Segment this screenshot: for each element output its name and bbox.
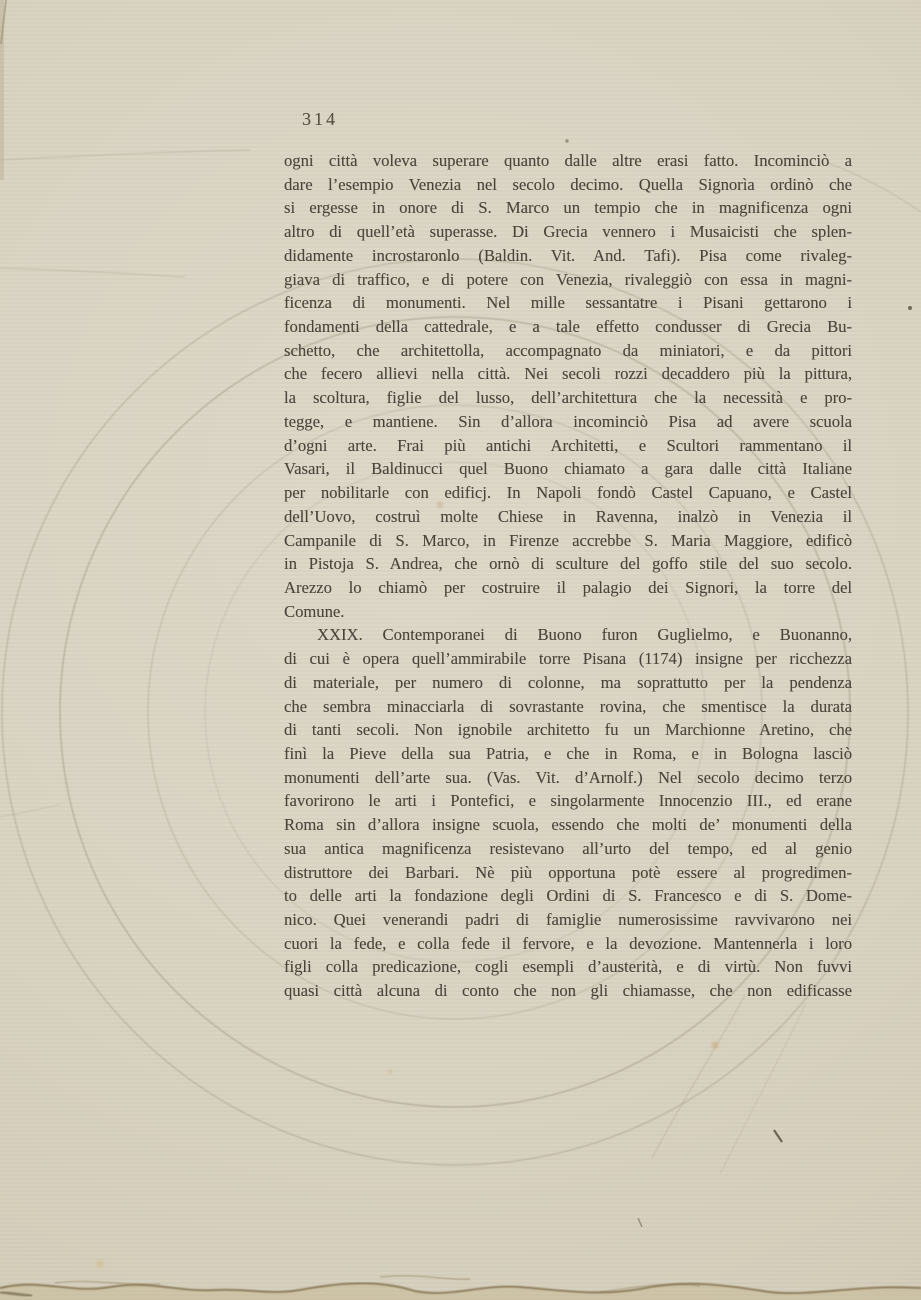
text-line: dell’Uovo, costruì molte Chiese in Raven… [284,505,852,529]
deckle-edge [0,1276,921,1300]
text-line: to delle arti la fondazione degli Ordini… [284,884,852,908]
text-line: monumenti dell’arte sua. (Vas. Vit. d’Ar… [284,766,852,790]
text-line: si ergesse in onore di S. Marco un tempi… [284,196,852,220]
text-line: ficenza di monumenti. Nel mille sessanta… [284,291,852,315]
text-line: ogni città voleva superare quanto dalle … [284,149,852,173]
page-edge-topleft [0,0,6,180]
text-line: per nobilitarle con edificj. In Napoli f… [284,481,852,505]
text-line: dare l’esempio Venezia nel secolo decimo… [284,173,852,197]
text-line: distruttore dei Barbari. Nè più opportun… [284,861,852,885]
text-line: tegge, e mantiene. Sin d’allora incominc… [284,410,852,434]
book-page: 314 ogni città voleva superare quanto da… [0,0,921,1300]
text-line: di materiale, per numero di colonne, ma … [284,671,852,695]
text-line: in Pistoja S. Andrea, che ornò di scultu… [284,552,852,576]
text-line-paragraph-start: XXIX. Contemporanei di Buono furon Gugli… [284,623,852,647]
text-line: finì la Pieve della sua Patria, e che in… [284,742,852,766]
text-line: Arezzo lo chiamò per costruire il palagi… [284,576,852,600]
page-number: 314 [302,109,338,130]
text-line: nico. Quei venerandi padri di famiglie n… [284,908,852,932]
page-text-block: ogni città voleva superare quanto dalle … [284,149,852,1003]
text-line: quasi città alcuna di conto che non gli … [284,979,852,1003]
text-line: Vasari, il Baldinucci quel Buono chiamat… [284,457,852,481]
text-line: di tanti secoli. Non ignobile architetto… [284,718,852,742]
text-line: cuori la fede, e colla fede il fervore, … [284,932,852,956]
text-line: di cui è opera quell’ammirabile torre Pi… [284,647,852,671]
text-line: Comune. [284,600,852,624]
text-line: Campanile di S. Marco, in Firenze accreb… [284,529,852,553]
text-line: giava di traffico, e di potere con Venez… [284,268,852,292]
text-line: sua antica magnificenza resistevano all’… [284,837,852,861]
text-line: d’ogni arte. Frai più antichi Architetti… [284,434,852,458]
text-line: fondamenti della cattedrale, e a tale ef… [284,315,852,339]
text-line: figli colla predicazione, cogli esempli … [284,955,852,979]
text-line: che fecero allievi nella città. Nei seco… [284,362,852,386]
text-line: la scoltura, figlie del lusso, dell’arch… [284,386,852,410]
text-line: che sembra minacciarla di sovrastante ro… [284,695,852,719]
text-line: altro di quell’età superasse. Di Grecia … [284,220,852,244]
text-line: Roma sin d’allora insigne scuola, essend… [284,813,852,837]
text-line: didamente incrostaronlo (Baldin. Vit. An… [284,244,852,268]
text-line: favorirono le arti i Pontefici, e singol… [284,789,852,813]
text-line: schetto, che architettolla, accompagnato… [284,339,852,363]
